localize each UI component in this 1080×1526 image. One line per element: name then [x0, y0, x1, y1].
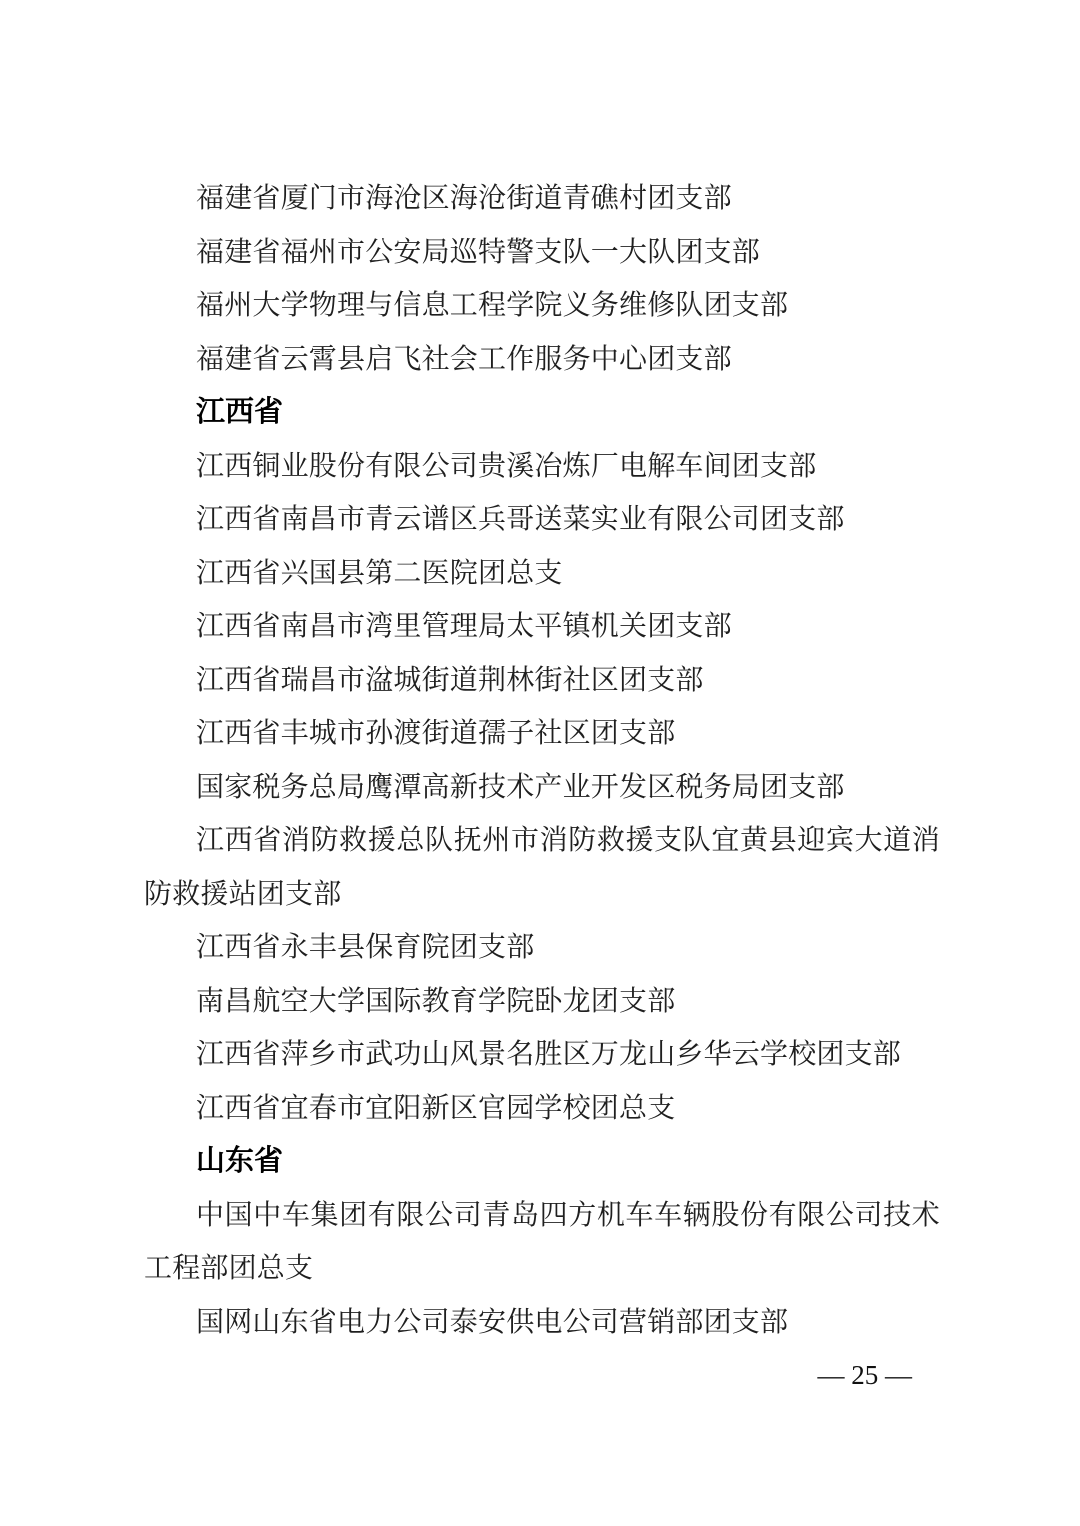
org-entry: 江西省南昌市湾里管理局太平镇机关团支部 — [144, 600, 940, 654]
org-entry: 江西省消防救援总队抚州市消防救援支队宜黄县迎宾大道消防救援站团支部 — [144, 814, 940, 921]
org-entry: 江西省南昌市青云谱区兵哥送菜实业有限公司团支部 — [144, 493, 940, 547]
province-header: 山东省 — [144, 1135, 940, 1189]
org-entry: 福建省厦门市海沧区海沧街道青礁村团支部 — [144, 172, 940, 226]
org-entry: 江西省永丰县保育院团支部 — [144, 921, 940, 975]
org-entry: 江西铜业股份有限公司贵溪冶炼厂电解车间团支部 — [144, 440, 940, 494]
org-entry: 中国中车集团有限公司青岛四方机车车辆股份有限公司技术工程部团总支 — [144, 1189, 940, 1296]
org-entry: 南昌航空大学国际教育学院卧龙团支部 — [144, 975, 940, 1029]
org-entry: 国网山东省电力公司泰安供电公司营销部团支部 — [144, 1296, 940, 1350]
org-entry: 福建省福州市公安局巡特警支队一大队团支部 — [144, 226, 940, 280]
org-entry: 江西省瑞昌市湓城街道荆林街社区团支部 — [144, 654, 940, 708]
document-page: 福建省厦门市海沧区海沧街道青礁村团支部福建省福州市公安局巡特警支队一大队团支部福… — [0, 0, 1080, 1526]
org-entry: 福州大学物理与信息工程学院义务维修队团支部 — [144, 279, 940, 333]
org-entry: 福建省云霄县启飞社会工作服务中心团支部 — [144, 333, 940, 387]
document-body: 福建省厦门市海沧区海沧街道青礁村团支部福建省福州市公安局巡特警支队一大队团支部福… — [144, 172, 940, 1349]
org-entry: 国家税务总局鹰潭高新技术产业开发区税务局团支部 — [144, 761, 940, 815]
province-header: 江西省 — [144, 386, 940, 440]
org-entry: 江西省萍乡市武功山风景名胜区万龙山乡华云学校团支部 — [144, 1028, 940, 1082]
page-number: — 25 — — [818, 1360, 913, 1391]
org-entry: 江西省宜春市宜阳新区官园学校团总支 — [144, 1082, 940, 1136]
org-entry: 江西省兴国县第二医院团总支 — [144, 547, 940, 601]
org-entry: 江西省丰城市孙渡街道孺子社区团支部 — [144, 707, 940, 761]
